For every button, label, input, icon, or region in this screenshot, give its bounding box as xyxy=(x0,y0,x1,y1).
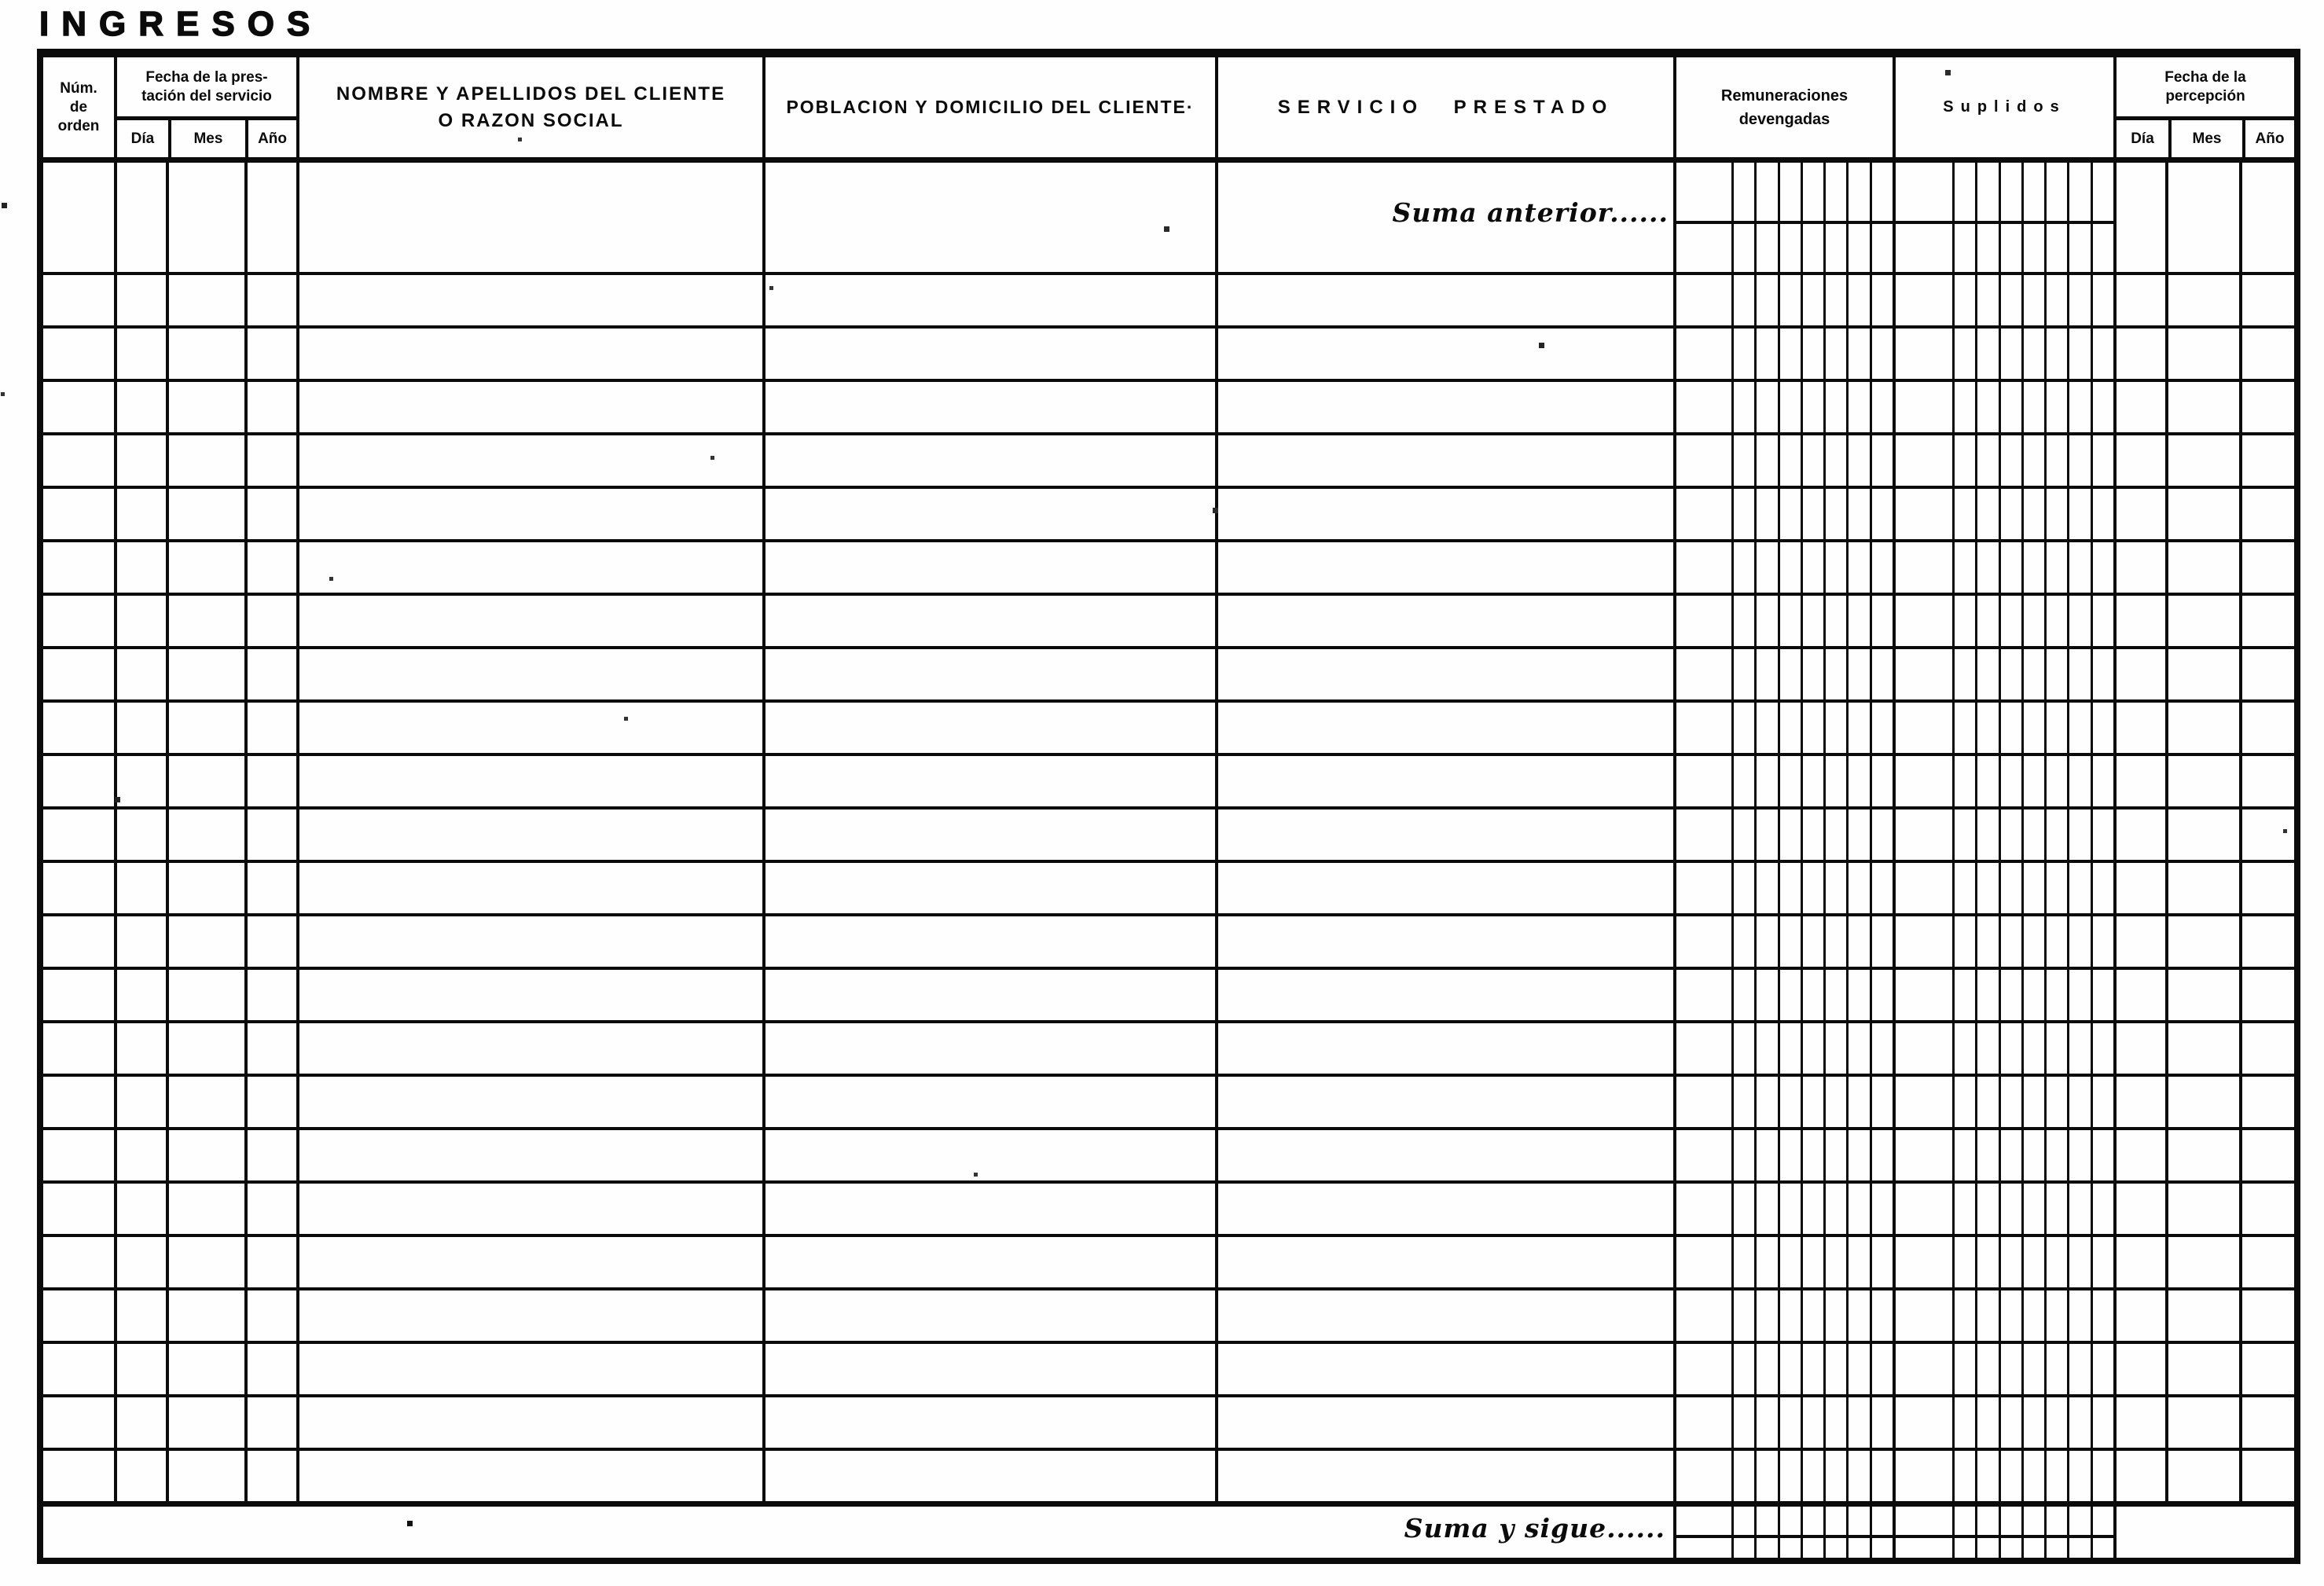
money-subcell xyxy=(1731,703,1754,753)
cell-servicio-prestado xyxy=(1218,329,1676,379)
cell-num-orden xyxy=(43,703,117,753)
cell-servicio-prestado xyxy=(1218,382,1676,432)
money-subcell xyxy=(1952,863,1975,913)
cell-ano-percepcion xyxy=(2242,1451,2294,1501)
cell-servicio-prestado: Suma anterior...... xyxy=(1218,163,1676,272)
table-row xyxy=(43,1397,2294,1451)
money-subcell xyxy=(1754,1184,1777,1234)
money-subcell xyxy=(2067,1077,2090,1127)
cell-ano-percepcion xyxy=(2242,810,2294,860)
cell-num-orden xyxy=(43,1237,117,1287)
money-subcell xyxy=(2044,1290,2067,1341)
cell-dia-prestacion xyxy=(117,649,169,699)
cell-nombre-cliente xyxy=(299,703,765,753)
money-subcell xyxy=(1952,329,1975,379)
cell-mes-percepcion xyxy=(2168,1290,2242,1341)
money-subcell xyxy=(1896,329,1952,379)
cell-mes-percepcion xyxy=(2168,329,2242,379)
money-subcell xyxy=(1975,1507,1998,1558)
money-cell xyxy=(1676,1507,1896,1558)
money-subcell xyxy=(1754,489,1777,539)
header-dia-right: Día xyxy=(2117,120,2168,157)
cell-ano-percepcion xyxy=(2242,1130,2294,1180)
cell-servicio-prestado xyxy=(1218,435,1676,486)
money-subcell xyxy=(2067,435,2090,486)
money-subcell xyxy=(1754,1130,1777,1180)
cell-dia-percepcion xyxy=(2117,382,2168,432)
money-cell xyxy=(1676,649,1896,699)
cell-nombre-cliente xyxy=(299,1237,765,1287)
money-subcell xyxy=(1999,703,2021,753)
money-subcell xyxy=(1952,649,1975,699)
money-subcell xyxy=(1846,756,1869,806)
cell-mes-prestacion xyxy=(169,489,248,539)
cell-ano-prestacion xyxy=(248,1344,299,1394)
cell-nombre-cliente xyxy=(299,1344,765,1394)
money-subcell xyxy=(2044,382,2067,432)
money-subcell xyxy=(2044,863,2067,913)
cell-dia-percepcion xyxy=(2117,435,2168,486)
money-subcell xyxy=(2067,1290,2090,1341)
suma-anterior-label-wrap: Suma anterior...... xyxy=(1393,163,1669,221)
table-row-suma-anterior: Suma anterior...... xyxy=(43,163,2294,275)
cell-dia-prestacion xyxy=(117,329,169,379)
money-subcell xyxy=(1731,863,1754,913)
cell-dia-percepcion xyxy=(2117,1344,2168,1394)
money-subcell xyxy=(2091,1344,2113,1394)
money-cell xyxy=(1896,970,2117,1020)
cell-ano-percepcion xyxy=(2242,163,2294,272)
money-subcell xyxy=(1823,1237,1846,1287)
cell-ano-prestacion xyxy=(248,489,299,539)
cell-nombre-cliente xyxy=(299,1023,765,1074)
money-subcell xyxy=(1975,810,1998,860)
money-cell xyxy=(1676,756,1896,806)
money-subcell xyxy=(1999,382,2021,432)
cell-dia-percepcion xyxy=(2117,756,2168,806)
cell-dia-prestacion xyxy=(117,596,169,646)
cell-nombre-cliente xyxy=(299,596,765,646)
scanned-ledger-page: { "title": "INGRESOS", "form": { "header… xyxy=(0,0,2324,1586)
money-subcell xyxy=(1999,649,2021,699)
money-subcell xyxy=(1896,1237,1952,1287)
cell-ano-percepcion xyxy=(2242,489,2294,539)
money-subcell xyxy=(1975,1344,1998,1394)
money-subcell xyxy=(2091,1237,2113,1287)
money-subcell xyxy=(1846,163,1869,272)
cell-ano-prestacion xyxy=(248,1130,299,1180)
cell-dia-prestacion xyxy=(117,542,169,593)
money-subcell xyxy=(1823,703,1846,753)
cell-poblacion-domicilio xyxy=(765,542,1218,593)
header-fecha-prestacion: Fecha de la pres- tación del servicio xyxy=(117,57,296,120)
cell-mes-prestacion xyxy=(169,596,248,646)
money-cell xyxy=(1676,329,1896,379)
cell-ano-percepcion xyxy=(2242,1023,2294,1074)
cell-mes-percepcion xyxy=(2168,703,2242,753)
money-subcell xyxy=(2044,329,2067,379)
money-subcell xyxy=(2067,275,2090,325)
money-subcell xyxy=(2044,275,2067,325)
money-cell xyxy=(1676,435,1896,486)
cell-servicio-prestado xyxy=(1218,1184,1676,1234)
money-subcell xyxy=(1754,435,1777,486)
money-subcell xyxy=(2067,703,2090,753)
money-cell xyxy=(1676,1184,1896,1234)
cell-mes-percepcion xyxy=(2168,916,2242,967)
money-subcell xyxy=(1823,649,1846,699)
table-row xyxy=(43,1184,2294,1237)
money-subcell xyxy=(1999,275,2021,325)
money-subcell xyxy=(2021,596,2044,646)
money-cell xyxy=(1676,1397,1896,1448)
money-subcell xyxy=(1870,1237,1893,1287)
money-cell xyxy=(1896,382,2117,432)
money-subcell xyxy=(1896,435,1952,486)
header-nombre-cliente: NOMBRE Y APELLIDOS DEL CLIENTE O RAZON S… xyxy=(299,57,765,157)
money-subcell xyxy=(1846,1237,1869,1287)
cell-dia-prestacion xyxy=(117,1184,169,1234)
money-subcell xyxy=(2067,163,2090,272)
cell-servicio-prestado xyxy=(1218,596,1676,646)
money-subcell xyxy=(2091,1397,2113,1448)
money-subcell xyxy=(1975,916,1998,967)
cell-mes-prestacion xyxy=(169,329,248,379)
money-subcell xyxy=(1676,382,1731,432)
form-header: Núm. de orden Fecha de la pres- tación d… xyxy=(43,57,2294,163)
money-subcell xyxy=(1778,1344,1801,1394)
money-cell xyxy=(1896,1130,2117,1180)
money-subcell xyxy=(1731,756,1754,806)
cell-num-orden xyxy=(43,1077,117,1127)
cell-nombre-cliente xyxy=(299,542,765,593)
money-cell xyxy=(1896,703,2117,753)
money-subcell xyxy=(2021,1130,2044,1180)
money-cell xyxy=(1676,1077,1896,1127)
cell-ano-prestacion xyxy=(248,1290,299,1341)
cell-ano-percepcion xyxy=(2242,1237,2294,1287)
money-subcell xyxy=(2067,970,2090,1020)
header-suplidos: Suplidos xyxy=(1896,57,2117,157)
cell-merged-right xyxy=(2117,1507,2294,1558)
table-row xyxy=(43,1023,2294,1077)
money-subcell xyxy=(1999,435,2021,486)
money-subcell xyxy=(1754,970,1777,1020)
cell-mes-prestacion xyxy=(169,435,248,486)
money-cell xyxy=(1676,916,1896,967)
cell-num-orden xyxy=(43,1184,117,1234)
cell-mes-percepcion xyxy=(2168,489,2242,539)
money-subcell xyxy=(1801,1507,1823,1558)
money-subcell xyxy=(1896,1023,1952,1074)
money-cell xyxy=(1896,542,2117,593)
money-subcell xyxy=(1823,863,1846,913)
money-subcell xyxy=(2091,1130,2113,1180)
money-subcell xyxy=(1870,649,1893,699)
cell-ano-prestacion xyxy=(248,435,299,486)
cell-dia-percepcion xyxy=(2117,916,2168,967)
cell-ano-percepcion xyxy=(2242,596,2294,646)
cell-servicio-prestado xyxy=(1218,542,1676,593)
money-subcell xyxy=(1731,275,1754,325)
money-subcell xyxy=(1975,1397,1998,1448)
money-subcell xyxy=(1999,810,2021,860)
money-cell xyxy=(1896,1077,2117,1127)
cell-servicio-prestado xyxy=(1218,1077,1676,1127)
cell-dia-percepcion xyxy=(2117,1023,2168,1074)
cell-mes-percepcion xyxy=(2168,542,2242,593)
money-subcell xyxy=(2091,649,2113,699)
money-subcell xyxy=(1870,1184,1893,1234)
money-subcell xyxy=(1823,275,1846,325)
money-subcell xyxy=(1896,1077,1952,1127)
money-subcell xyxy=(1870,542,1893,593)
cell-ano-prestacion xyxy=(248,756,299,806)
money-subcell xyxy=(2091,275,2113,325)
cell-num-orden xyxy=(43,916,117,967)
money-subcell xyxy=(1731,1184,1754,1234)
money-subcell xyxy=(1823,970,1846,1020)
money-subcell xyxy=(1731,970,1754,1020)
money-subcell xyxy=(2021,542,2044,593)
cell-mes-prestacion xyxy=(169,1344,248,1394)
cell-ano-percepcion xyxy=(2242,1397,2294,1448)
money-subcell xyxy=(1778,756,1801,806)
cell-dia-percepcion xyxy=(2117,1077,2168,1127)
money-subcell xyxy=(1870,863,1893,913)
header-ano-right: Año xyxy=(2242,120,2294,157)
money-subcell xyxy=(1754,542,1777,593)
money-subcell xyxy=(1846,382,1869,432)
money-subcell xyxy=(2021,1507,2044,1558)
money-subcell xyxy=(1754,382,1777,432)
money-subcell xyxy=(1846,489,1869,539)
cell-dia-percepcion xyxy=(2117,1290,2168,1341)
money-subcell xyxy=(1731,596,1754,646)
cell-mes-percepcion xyxy=(2168,1184,2242,1234)
money-subcell xyxy=(1731,329,1754,379)
money-subcell xyxy=(2091,1184,2113,1234)
money-subcell xyxy=(1999,489,2021,539)
money-cell xyxy=(1676,1290,1896,1341)
money-subcell xyxy=(1846,863,1869,913)
cell-mes-percepcion xyxy=(2168,382,2242,432)
cell-dia-percepcion xyxy=(2117,1130,2168,1180)
money-subcell xyxy=(1846,435,1869,486)
money-cell xyxy=(1896,1184,2117,1234)
cell-ano-percepcion xyxy=(2242,649,2294,699)
money-subcell xyxy=(1676,1290,1731,1341)
cell-mes-prestacion xyxy=(169,1237,248,1287)
money-subcell xyxy=(2021,489,2044,539)
money-subcell xyxy=(1778,1023,1801,1074)
cell-mes-prestacion xyxy=(169,1451,248,1501)
cell-mes-prestacion xyxy=(169,649,248,699)
money-subcell xyxy=(1823,1451,1846,1501)
table-row xyxy=(43,970,2294,1023)
money-subcell xyxy=(1823,1507,1846,1558)
cell-ano-prestacion xyxy=(248,1397,299,1448)
money-subcell xyxy=(2067,1184,2090,1234)
money-subcell xyxy=(1952,489,1975,539)
cell-mes-percepcion xyxy=(2168,970,2242,1020)
cell-nombre-cliente xyxy=(299,810,765,860)
cell-mes-percepcion xyxy=(2168,1451,2242,1501)
money-cell xyxy=(1896,1344,2117,1394)
money-subcell xyxy=(1778,703,1801,753)
table-row xyxy=(43,1077,2294,1130)
cell-servicio-prestado xyxy=(1218,1130,1676,1180)
money-subcell xyxy=(2091,1023,2113,1074)
cell-ano-prestacion xyxy=(248,596,299,646)
money-subcell xyxy=(1896,810,1952,860)
money-subcell xyxy=(1999,1290,2021,1341)
money-subcell xyxy=(1731,1451,1754,1501)
table-row xyxy=(43,275,2294,329)
money-subcell xyxy=(1952,1237,1975,1287)
money-subcell xyxy=(1999,1237,2021,1287)
cell-ano-prestacion xyxy=(248,970,299,1020)
money-subcell xyxy=(1676,596,1731,646)
cell-dia-prestacion xyxy=(117,163,169,272)
table-row xyxy=(43,916,2294,970)
cell-mes-prestacion xyxy=(169,970,248,1020)
money-subcell xyxy=(1676,1023,1731,1074)
cell-servicio-prestado xyxy=(1218,703,1676,753)
cell-mes-prestacion xyxy=(169,1397,248,1448)
cell-dia-percepcion xyxy=(2117,542,2168,593)
money-subcell xyxy=(1754,1397,1777,1448)
money-subcell xyxy=(2067,1507,2090,1558)
money-subcell xyxy=(2044,596,2067,646)
money-subcell xyxy=(1870,703,1893,753)
cell-ano-prestacion xyxy=(248,163,299,272)
money-subcell xyxy=(2091,916,2113,967)
money-subcell xyxy=(1801,1290,1823,1341)
money-subcell xyxy=(2067,542,2090,593)
money-subcell xyxy=(1870,1077,1893,1127)
money-subcell xyxy=(1999,1184,2021,1234)
money-subcell xyxy=(2044,1130,2067,1180)
money-subcell xyxy=(1801,596,1823,646)
money-subcell xyxy=(1999,1451,2021,1501)
money-subcell xyxy=(1731,1077,1754,1127)
money-subcell xyxy=(2067,810,2090,860)
cell-mes-percepcion xyxy=(2168,756,2242,806)
cell-mes-percepcion xyxy=(2168,1344,2242,1394)
cell-poblacion-domicilio xyxy=(765,1451,1218,1501)
money-subcell xyxy=(2044,1237,2067,1287)
money-subcell xyxy=(1823,1344,1846,1394)
money-subcell xyxy=(1778,1184,1801,1234)
money-subcell xyxy=(1778,163,1801,272)
header-poblacion-domicilio: POBLACION Y DOMICILIO DEL CLIENTE· xyxy=(765,57,1218,157)
header-fecha-percepcion-sub: Día Mes Año xyxy=(2117,120,2294,157)
cell-poblacion-domicilio xyxy=(765,1290,1218,1341)
cell-mes-prestacion xyxy=(169,163,248,272)
cell-poblacion-domicilio xyxy=(765,1237,1218,1287)
money-subcell xyxy=(1846,1130,1869,1180)
money-subcell xyxy=(1846,703,1869,753)
cell-ano-percepcion xyxy=(2242,916,2294,967)
money-subcell xyxy=(1731,1290,1754,1341)
money-subcell xyxy=(2021,1344,2044,1394)
money-subcell xyxy=(2021,970,2044,1020)
money-subcell xyxy=(1952,596,1975,646)
money-subcell xyxy=(1801,863,1823,913)
money-subcell xyxy=(1801,649,1823,699)
money-subcell xyxy=(1952,1023,1975,1074)
money-subcell xyxy=(1846,1507,1869,1558)
money-cell xyxy=(1896,916,2117,967)
table-row xyxy=(43,542,2294,596)
cell-poblacion-domicilio xyxy=(765,863,1218,913)
money-subcell xyxy=(1801,1397,1823,1448)
cell-num-orden xyxy=(43,970,117,1020)
money-cell xyxy=(1896,435,2117,486)
money-subcell xyxy=(1870,1397,1893,1448)
cell-poblacion-domicilio xyxy=(765,649,1218,699)
money-subcell xyxy=(1801,329,1823,379)
money-subcell xyxy=(1975,163,1998,272)
cell-nombre-cliente xyxy=(299,916,765,967)
cell-nombre-cliente xyxy=(299,1397,765,1448)
money-subcell xyxy=(2091,863,2113,913)
cell-poblacion-domicilio xyxy=(765,970,1218,1020)
money-subcell xyxy=(1676,1451,1731,1501)
money-subcell xyxy=(1676,756,1731,806)
cell-dia-percepcion xyxy=(2117,649,2168,699)
money-subcell xyxy=(1846,810,1869,860)
cell-servicio-prestado xyxy=(1218,275,1676,325)
money-subcell xyxy=(2044,916,2067,967)
money-subcell xyxy=(1896,1130,1952,1180)
money-subcell xyxy=(1999,163,2021,272)
money-subcell xyxy=(1846,329,1869,379)
cell-mes-percepcion xyxy=(2168,596,2242,646)
cell-nombre-cliente xyxy=(299,435,765,486)
money-subcell xyxy=(2021,1451,2044,1501)
money-subcell xyxy=(1823,382,1846,432)
money-subcell xyxy=(2067,1451,2090,1501)
money-subcell xyxy=(1846,970,1869,1020)
cell-dia-percepcion xyxy=(2117,970,2168,1020)
money-subcell xyxy=(2091,703,2113,753)
cell-num-orden xyxy=(43,649,117,699)
money-subcell xyxy=(1676,703,1731,753)
cell-poblacion-domicilio xyxy=(765,916,1218,967)
money-subcell xyxy=(1846,542,1869,593)
money-subcell xyxy=(2044,703,2067,753)
money-cell xyxy=(1676,1344,1896,1394)
money-subcell xyxy=(1676,1077,1731,1127)
cell-nombre-cliente xyxy=(299,163,765,272)
cell-nombre-cliente xyxy=(299,1184,765,1234)
money-subcell xyxy=(1823,542,1846,593)
table-row xyxy=(43,703,2294,756)
money-subcell xyxy=(1731,1130,1754,1180)
money-subcell xyxy=(1870,970,1893,1020)
money-subcell xyxy=(1778,1237,1801,1287)
header-servicio-prestado: SERVICIO PRESTADO xyxy=(1218,57,1676,157)
cell-poblacion-domicilio xyxy=(765,435,1218,486)
money-cell xyxy=(1896,863,2117,913)
money-subcell xyxy=(1676,275,1731,325)
header-num-orden: Núm. de orden xyxy=(43,57,117,157)
money-subcell xyxy=(2021,916,2044,967)
money-subcell xyxy=(1870,1290,1893,1341)
cell-mes-percepcion xyxy=(2168,435,2242,486)
